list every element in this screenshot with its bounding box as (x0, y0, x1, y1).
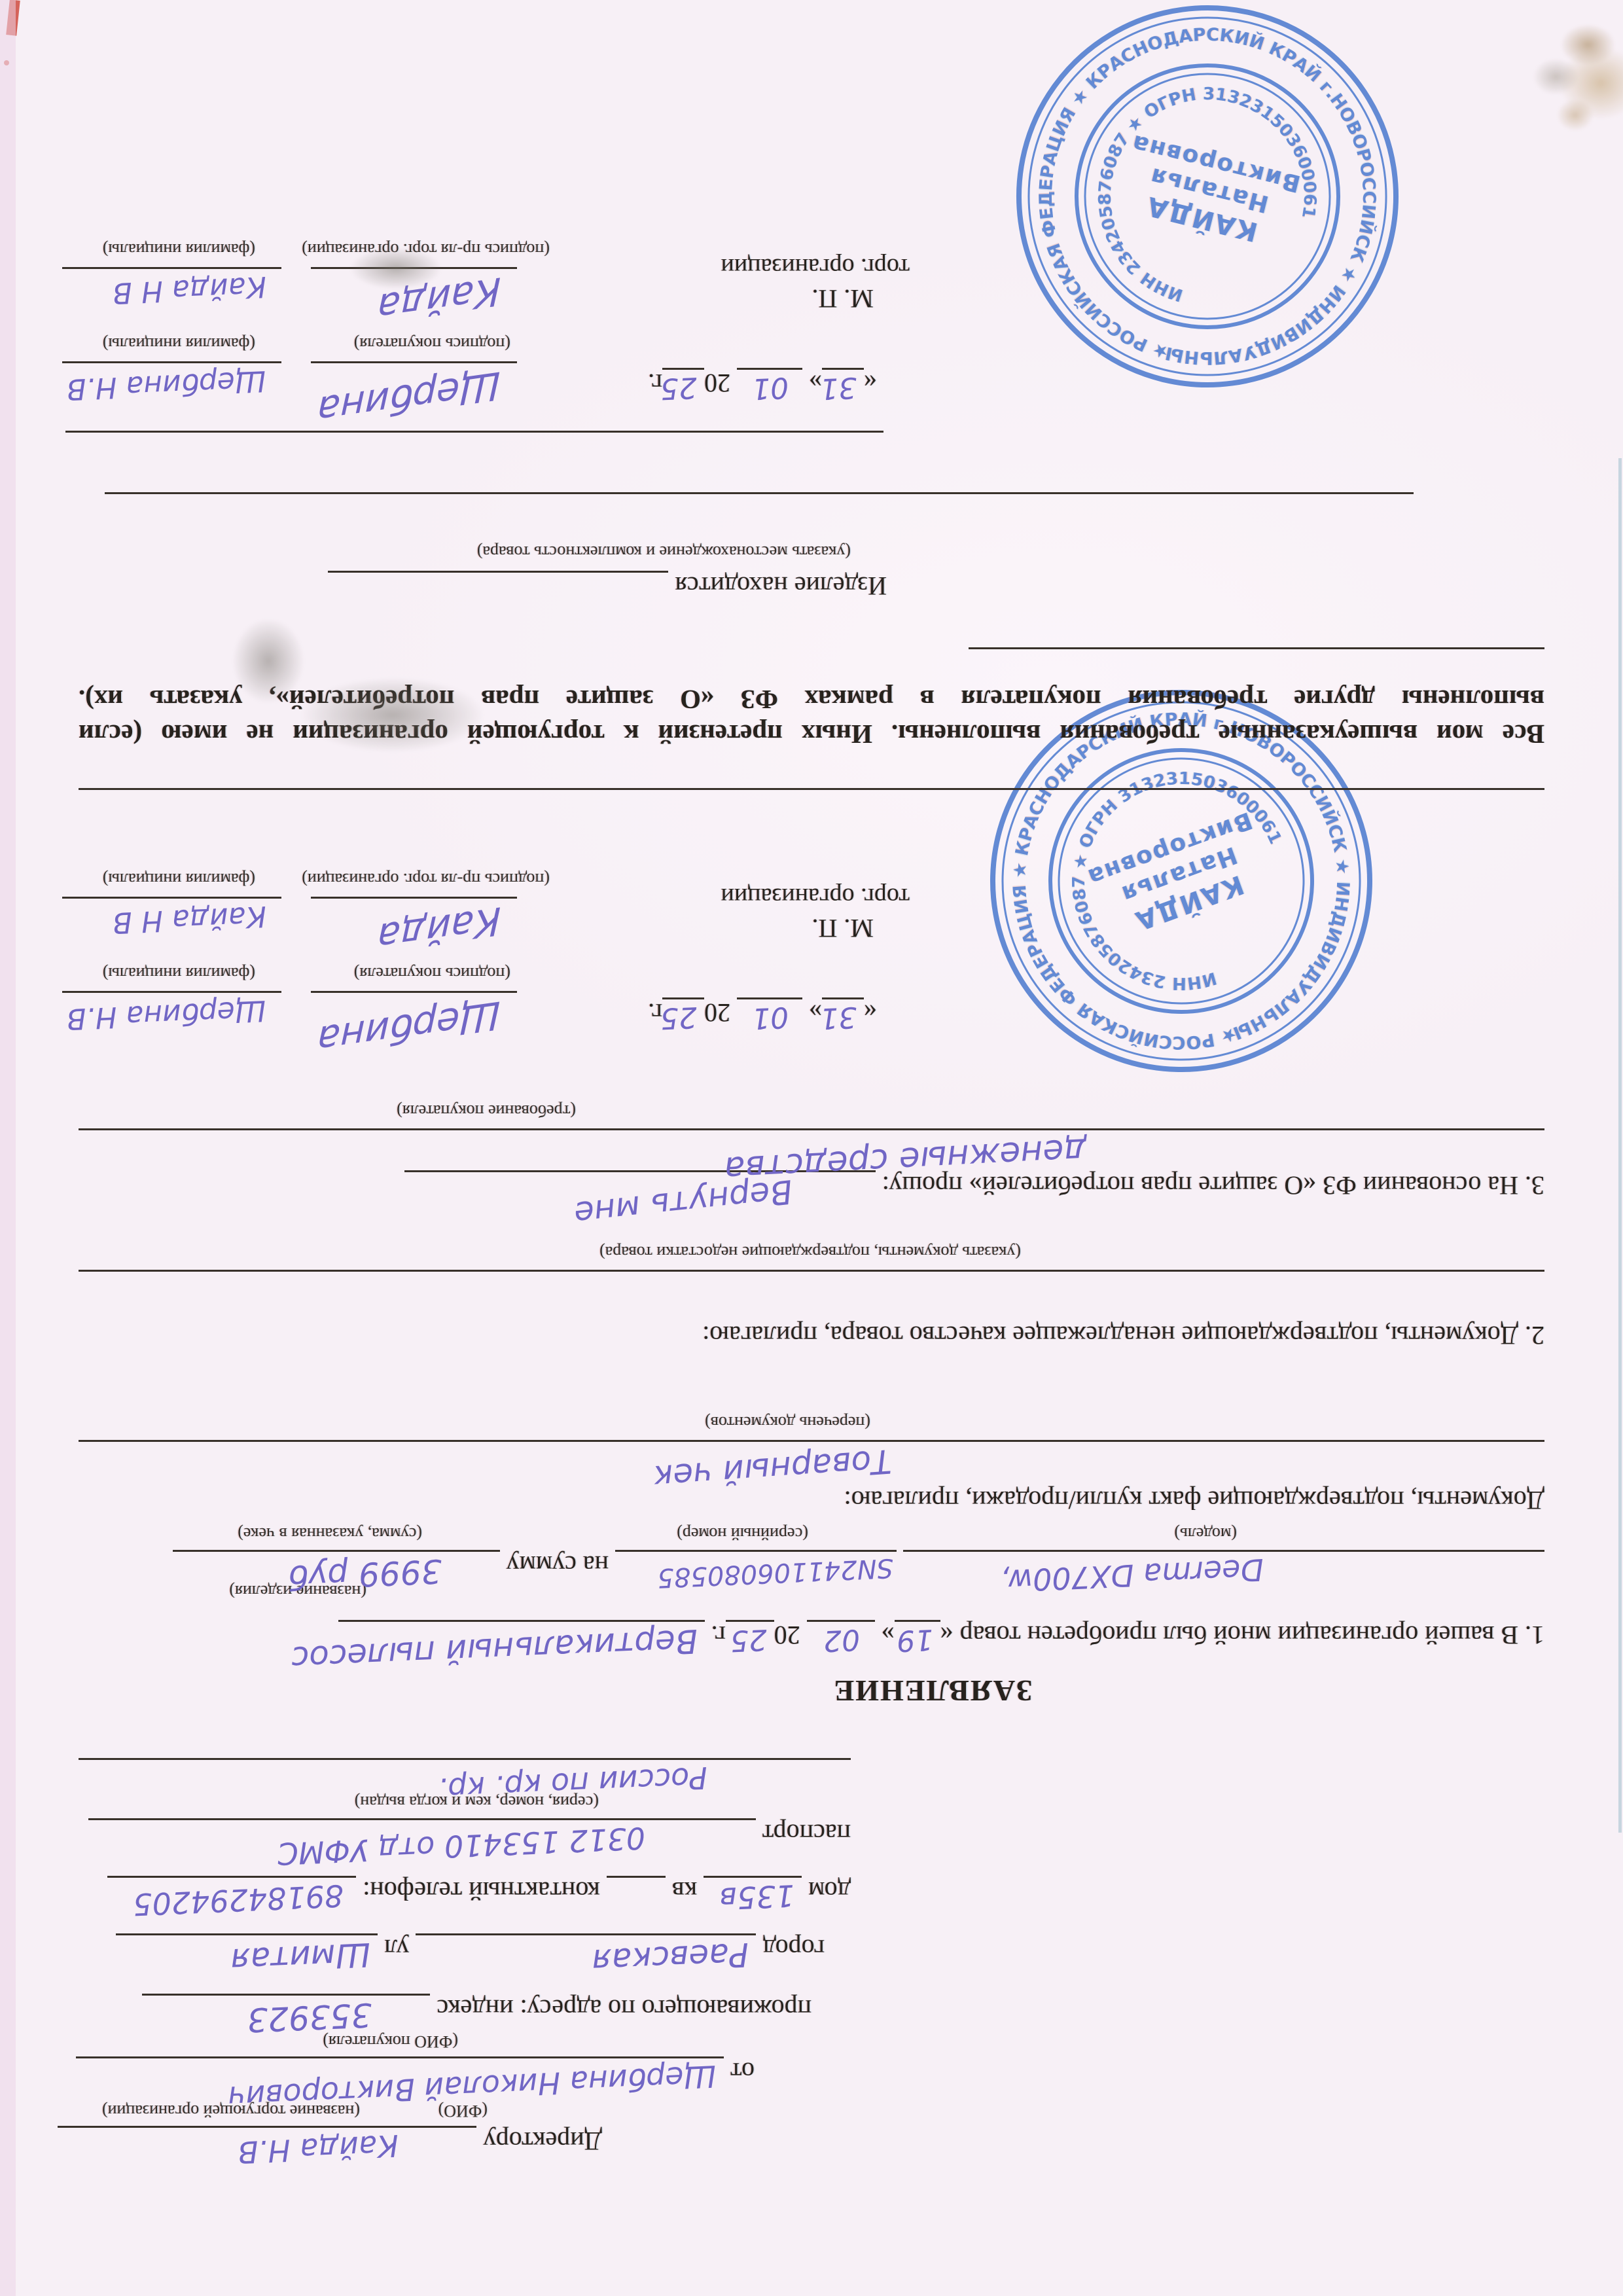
sign2-caption-initials-2: (фамилия инициалы) (103, 240, 255, 259)
sign2-buyer-sign-field: Щербина (311, 361, 517, 398)
sign1-seller-sign-field: Кайда (311, 897, 517, 933)
item-location-label: Изделие находится (675, 571, 887, 601)
from-label: от (730, 2057, 755, 2087)
passport-field: 0312 153410 отд УФМС (88, 1818, 756, 1850)
item-location-row: Изделие находится (328, 571, 887, 602)
purchase-month-handwriting: 02 (823, 1624, 861, 1655)
sign2-quote-open: « (864, 368, 877, 398)
date-open-quote: « (940, 1621, 954, 1650)
sign1-caption-initials-2: (фамилия инициалы) (103, 869, 255, 889)
page-title: ЗАЯВЛЕНИЕ (242, 1674, 1623, 1708)
sign2-buyer-initials-field: Щербина Н.В (62, 361, 281, 398)
street-label: ул (384, 1934, 409, 1964)
header-house-row: дом 135в кв контактный телефон: 89184294… (107, 1876, 851, 1907)
sign2-year-handwriting: 25 (660, 372, 698, 403)
demand-label: 3. На основании ФЗ «О защите прав потреб… (882, 1171, 1544, 1200)
scanned-claim-sheet: Директору Кайда Н.В (ФИО) (название торг… (0, 0, 1623, 2296)
blank-line-after-sign1 (79, 788, 1544, 825)
purchase-lead: 1. В вашей организации мной был приобрет… (960, 1621, 1544, 1650)
house-field: 135в (704, 1876, 802, 1907)
phone-label: контактный телефон: (363, 1876, 599, 1906)
sign2-mp-label: М. П. (812, 283, 874, 314)
purchase-day-handwriting: 19 (896, 1624, 934, 1655)
caption-sum: (сумма, указанная в чеке) (238, 1524, 422, 1543)
sign2-buyer-initials-handwriting: Щербина Н.В (65, 366, 266, 403)
sign2-month-field: 01 (737, 368, 802, 399)
sign2-day-field: 31 (822, 368, 864, 399)
purchase-docs-label: Документы, подтверждающие факт купли/про… (844, 1485, 1544, 1516)
product-name-field: Вертикальный пылесос (338, 1620, 705, 1651)
sign1-year-field: 25 (662, 997, 704, 1029)
sign1-mp-label-2: торг. организации (721, 882, 910, 911)
sign1-date: «31» 01 2025г. (648, 997, 877, 1029)
closing-paragraph: Все мои вышеуказанные требования выполне… (79, 647, 1544, 751)
sign1-buyer-initials-handwriting: Щербина Н.В (65, 996, 266, 1033)
sum-field: 3999 руб (173, 1550, 500, 1581)
caption-model: (модель) (1174, 1524, 1237, 1543)
sign1-day-handwriting: 31 (819, 1002, 857, 1032)
model-handwriting: Deerma DX700w, (1000, 1554, 1264, 1596)
sign1-month-field: 01 (737, 997, 802, 1029)
phone-handwriting: 89184294205 (133, 1880, 345, 1920)
closing-paragraph-blank (969, 647, 1544, 673)
apt-label: кв (672, 1876, 697, 1906)
quality-docs-label: 2. Документы, подтверждающие ненадлежаще… (702, 1320, 1544, 1351)
caption-serial: (серийный номер) (677, 1524, 808, 1543)
buyer-name-field: Щербина Николай Викторович (76, 2056, 724, 2088)
sign1-quote-open: « (864, 998, 877, 1028)
sign2-date: «31» 01 2025г. (648, 368, 877, 399)
director-name-field: Кайда Н.В (58, 2126, 476, 2157)
serial-handwriting: SN241106080585 (657, 1554, 894, 1591)
sign2-seller-initials-handwriting: Кайда Н В (112, 272, 267, 307)
header-director-row: Директору Кайда Н.В (58, 2126, 602, 2157)
address-label: проживающего по адресу: индекс (437, 1994, 811, 2024)
house-label: дом (808, 1876, 851, 1906)
city-field: Раевская (416, 1933, 756, 1965)
sign2-caption-seller-sign: (подпись пр-ля торг. организации) (302, 240, 550, 259)
phone-field: 89184294205 (107, 1876, 356, 1907)
purchase-year-field: 25 (726, 1620, 774, 1651)
house-handwriting: 135в (719, 1880, 795, 1914)
sign2-seller-signature: Кайда (377, 272, 501, 327)
purchase-month-field: 02 (807, 1620, 875, 1651)
sign1-seller-signature: Кайда (377, 901, 501, 957)
purchase-row: 1. В вашей организации мной был приобрет… (338, 1620, 1544, 1651)
sign2-buyer-signature: Щербина (317, 366, 501, 430)
model-field: Deerma DX700w, (903, 1550, 1544, 1581)
apt-field (607, 1876, 666, 1907)
sign2-day-handwriting: 31 (819, 372, 857, 403)
sign1-caption-initials-1: (фамилия инициалы) (103, 963, 255, 983)
year-suffix: г. (711, 1621, 726, 1650)
sign1-day-field: 31 (822, 997, 864, 1029)
sign2-caption-buyer-sign: (подпись покупателя) (354, 334, 510, 353)
purchase-docs-field: Товарный чек (79, 1440, 1544, 1477)
sign2-mp-label-2: торг. организации (721, 253, 910, 281)
sum-label: на сумму (507, 1551, 609, 1580)
product-name-handwriting: Вертикальный пылесос (291, 1624, 698, 1675)
sign1-caption-buyer-sign: (подпись покупателя) (354, 963, 510, 983)
caption-demand: (требование покупателя) (397, 1101, 576, 1121)
closing-paragraph-text: Все мои вышеуказанные требования выполне… (79, 685, 1544, 749)
sign1-mp-label: М. П. (812, 913, 874, 944)
sign1-buyer-signature: Щербина (317, 996, 501, 1060)
sign1-year-prefix: 20 (704, 998, 730, 1028)
city-label: город (762, 1934, 825, 1964)
header-from-row: от Щербина Николай Викторович (76, 2056, 755, 2088)
purchase-day-field: 19 (895, 1620, 940, 1651)
street-field: Шмитая (116, 1933, 378, 1965)
sign2-month-handwriting: 01 (751, 372, 789, 403)
passport-handwriting-2: России по кр. кр. (438, 1763, 708, 1804)
passport-field-2: России по кр. кр. (79, 1758, 851, 1795)
sign1-caption-seller-sign: (подпись пр-ля торг. организации) (302, 869, 550, 889)
quality-docs-field (79, 1270, 1544, 1306)
blank-line-location-2 (65, 431, 883, 467)
city-handwriting: Раевская (592, 1938, 749, 1977)
purchase-year-handwriting: 25 (730, 1624, 768, 1655)
round-stamp-2: ★ РОССИЙСКАЯ ФЕДЕРАЦИЯ ★ КРАСНОДАРСКИЙ К… (969, 0, 1445, 435)
blank-line-location-1 (105, 492, 1414, 529)
serial-field: SN241106080585 (615, 1550, 897, 1581)
year-prefix: 20 (774, 1621, 800, 1650)
model-serial-row: Deerma DX700w, SN241106080585 на сумму 3… (173, 1550, 1544, 1581)
passport-handwriting: 0312 153410 отд УФМС (277, 1823, 646, 1869)
director-label: Директору (483, 2126, 602, 2156)
postal-index-handwriting: 353923 (247, 1998, 373, 2036)
postal-index-field: 353923 (142, 1994, 430, 2025)
street-handwriting: Шмитая (230, 1938, 372, 1977)
director-name-handwriting: Кайда Н.В (237, 2130, 399, 2168)
item-location-field (328, 571, 668, 602)
sign1-year-handwriting: 25 (660, 1002, 698, 1032)
demand-field-2: денежные средства (79, 1128, 1544, 1165)
sign1-seller-initials-field: Кайда Н В (62, 897, 281, 933)
sign1-buyer-sign-field: Щербина (311, 991, 517, 1028)
sign2-year-field: 25 (662, 368, 704, 399)
caption-docs-list: (перечень документов) (705, 1412, 870, 1432)
sign1-seller-initials-handwriting: Кайда Н В (112, 901, 267, 937)
caption-quality-docs: (указать документы, подтверждающие недос… (599, 1242, 1021, 1262)
header-city-row: город Раевская ул Шмитая (116, 1933, 825, 1965)
passport-label: паспорт (762, 1819, 851, 1848)
header-passport-row: паспорт 0312 153410 отд УФМС (88, 1818, 851, 1850)
sign2-seller-initials-field: Кайда Н В (62, 267, 281, 304)
header-address-row: проживающего по адресу: индекс 353923 (142, 1994, 811, 2025)
sign1-month-handwriting: 01 (751, 1002, 789, 1032)
sign2-year-prefix: 20 (704, 368, 730, 398)
date-close-quote: » (882, 1621, 895, 1650)
sign2-caption-initials-1: (фамилия инициалы) (103, 334, 255, 353)
sign1-buyer-initials-field: Щербина Н.В (62, 991, 281, 1028)
sign2-seller-sign-field: Кайда (311, 267, 517, 304)
claim-document-rotated-180: Директору Кайда Н.В (ФИО) (название торг… (0, 0, 1623, 2296)
caption-item-location: (указать местонахождение и комплектность… (477, 542, 851, 562)
sum-handwriting: 3999 руб (287, 1554, 442, 1594)
